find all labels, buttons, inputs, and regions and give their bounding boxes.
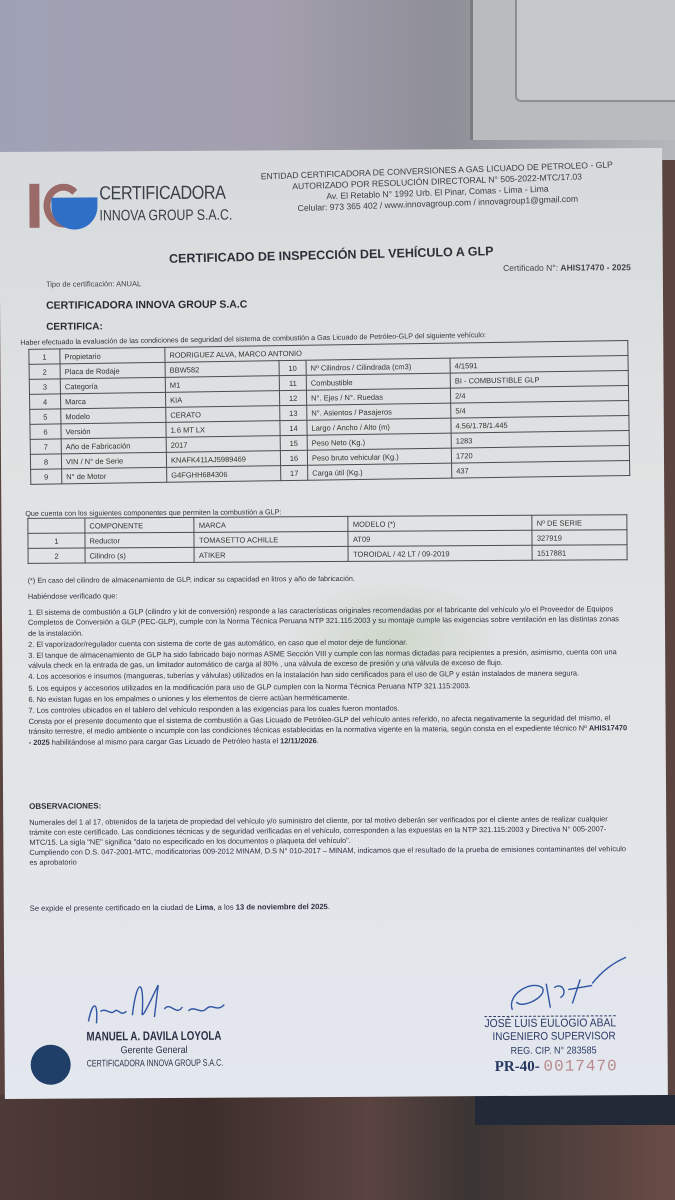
table-row: 2Cilindro (s)ATIKERTOROIDAL / 42 LT / 09… [28,545,627,564]
supervisor-signature-block: JOSÉ LUIS EULOGIO ABAL INGENIERO SUPERVI… [482,953,663,1084]
observations-text: Numerales del 1 al 17, obtenidos de la t… [29,814,629,868]
verification-section: Habiéndose verificado que: 1. El sistema… [28,588,629,749]
verification-conclusion: Consta por el presente documento que el … [29,713,629,747]
verification-item: 1. El sistema de combustión a GLP (cilin… [28,604,628,638]
verification-heading: Habiéndose verificado que: [28,588,628,602]
certificate-number: Certificado N°: AHIS17470 - 2025 [503,262,631,273]
logo-line-1: CERTIFICADORA [99,183,225,206]
supervisor-registration: REG. CIP. N° 283585 [511,1045,597,1057]
verification-item: 3. El tanque de almacenamiento de GLP ha… [28,647,628,671]
observations-heading: OBSERVACIONES: [29,801,101,810]
entity-info: ENTIDAD CERTIFICADORA DE CONVERSIONES A … [247,159,628,216]
components-table: COMPONENTEMARCAMODELO (*)Nº DE SERIE1Red… [27,514,627,564]
company-logo: CERTIFICADORA INNOVA GROUP S.A.C. [29,179,199,236]
supervisor-name: JOSÉ LUIS EULOGIO ABAL [484,1015,616,1030]
certifica-heading: CERTIFICA: [46,321,103,332]
background-table [0,1095,675,1200]
issue-statement: Se expide el presente certificado en la … [30,902,330,913]
vehicle-table: 1PropietarioRODRIGUEZ ALVA, MARCO ANTONI… [28,340,630,485]
manager-signature-block: MANUEL A. DAVILA LOYOLA Gerente General … [64,970,285,1081]
background-frame [470,0,675,140]
manager-org: CERTIFICADORA INNOVA GROUP S.A.C. [87,1058,224,1070]
background-wall [0,0,675,160]
logo-line-2: INNOVA GROUP S.A.C. [99,207,232,225]
manager-name: MANUEL A. DAVILA LOYOLA [86,1029,221,1044]
seal-stamp [31,1045,71,1085]
supervisor-role: INGENIERO SUPERVISOR [492,1030,615,1043]
signature-scribble [502,953,632,1016]
manager-role: Gerente General [121,1045,188,1056]
signature-scribble [84,971,244,1034]
company-name: CERTIFICADORA INNOVA GROUP S.A.C [46,299,247,312]
certificate-document: CERTIFICADORA INNOVA GROUP S.A.C. ENTIDA… [0,148,668,1099]
form-serial: PR-40- 0017470 [495,1057,618,1076]
certification-type: Tipo de certificación: ANUAL [46,279,141,289]
